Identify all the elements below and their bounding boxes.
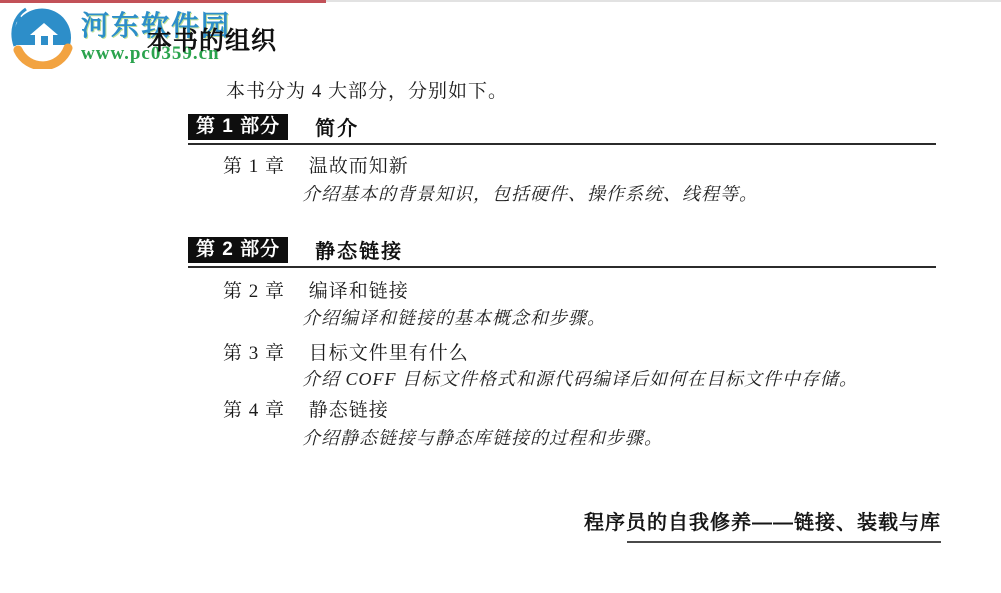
site-logo-icon: [10, 5, 74, 69]
chapter-2-number: 第 2 章: [223, 281, 285, 302]
chapter-3-row: 第 3 章 目标文件里有什么: [223, 343, 469, 366]
top-accent-bar: [0, 0, 326, 3]
chapter-4-title: 静态链接: [309, 400, 389, 421]
chapter-1-description: 介绍基本的背景知识，包括硬件、操作系统、线程等。: [302, 184, 758, 206]
chapter-4-number: 第 4 章: [223, 400, 285, 421]
chapter-2-row: 第 2 章 编译和链接: [223, 281, 409, 304]
chapter-4-description: 介绍静态链接与静态库链接的过程和步骤。: [302, 428, 663, 450]
footer-rule: [627, 541, 941, 543]
part-1-badge: 第 1 部分: [188, 114, 288, 140]
chapter-1-number: 第 1 章: [223, 156, 285, 177]
part-1-rule: [188, 143, 936, 145]
footer-book-title: 程序员的自我修养——链接、装载与库: [584, 511, 941, 535]
part-1-header: 第 1 部分 简介: [188, 112, 359, 141]
chapter-3-description: 介绍 COFF 目标文件格式和源代码编译后如何在目标文件中存储。: [302, 369, 858, 391]
page-title: 本书的组织: [147, 28, 277, 56]
chapter-2-description: 介绍编译和链接的基本概念和步骤。: [302, 308, 606, 330]
part-2-badge: 第 2 部分: [188, 237, 288, 263]
chapter-4-row: 第 4 章 静态链接: [223, 400, 389, 423]
chapter-1-title: 温故而知新: [309, 156, 409, 177]
part-2-title: 静态链接: [315, 235, 403, 264]
chapter-3-number: 第 3 章: [223, 343, 285, 364]
part-1-title: 简介: [315, 112, 359, 141]
part-2-header: 第 2 部分 静态链接: [188, 235, 403, 264]
chapter-3-title: 目标文件里有什么: [309, 343, 469, 364]
intro-text: 本书分为 4 大部分，分别如下。: [226, 76, 508, 103]
chapter-2-title: 编译和链接: [309, 281, 409, 302]
chapter-1-row: 第 1 章 温故而知新: [223, 156, 409, 179]
part-2-rule: [188, 266, 936, 268]
